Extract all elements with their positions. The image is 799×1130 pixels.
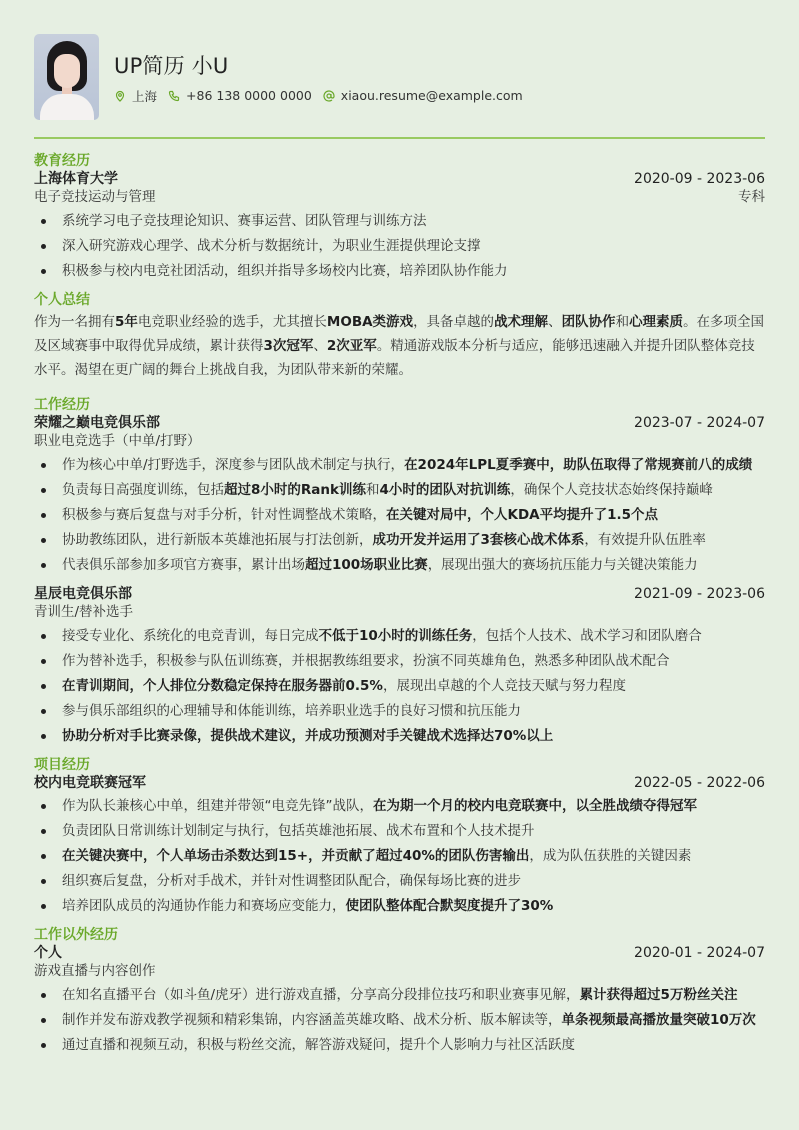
work-entry: 星辰电竞俱乐部 2021-09 - 2023-06 青训生/替补选手 接受专业化… [34, 585, 765, 746]
project-entry: 校内电竞联赛冠军 2022-05 - 2022-06 作为队长兼核心中单，组建并… [34, 774, 765, 916]
contact-location: 上海 [114, 87, 157, 105]
location-text: 上海 [132, 87, 157, 105]
highlight-text: 4小时的团队对抗训练 [380, 482, 511, 498]
contact-phone: +86 138 0000 0000 [168, 88, 312, 103]
bullet-item: 代表俱乐部参加多项官方赛事，累计出场超过100场职业比赛，展现出强大的赛场抗压能… [34, 555, 765, 575]
bullet-item: 参与俱乐部组织的心理辅导和体能训练，培养职业选手的良好习惯和抗压能力 [34, 701, 765, 721]
map-pin-icon [114, 90, 126, 102]
section-title: 教育经历 [34, 152, 765, 170]
candidate-name: UP简历 小U [114, 52, 534, 80]
bullet-item: 制作并发布游戏教学视频和精彩集锦，内容涵盖英雄攻略、战术分析、版本解读等，单条视… [34, 1010, 765, 1030]
highlight-text: 战术理解 [494, 314, 548, 330]
summary-text: 作为一名拥有5年电竞职业经验的选手，尤其擅长MOBA类游戏，具备卓越的战术理解、… [34, 310, 765, 382]
body-text: 代表俱乐部参加多项官方赛事，累计出场 [62, 557, 305, 573]
bullet-item: 通过直播和视频互动，积极与粉丝交流，解答游戏疑问，提升个人影响力与社区活跃度 [34, 1035, 765, 1055]
entry-date: 2020-09 - 2023-06 [634, 170, 765, 188]
bullet-list: 作为核心中单/打野选手，深度参与团队战术制定与执行，在2024年LPL夏季赛中，… [34, 455, 765, 575]
other-entry: 个人 2020-01 - 2024-07 游戏直播与内容创作 在知名直播平台（如… [34, 944, 765, 1055]
highlight-text: 单条视频最高播放量突破10万次 [562, 1012, 756, 1028]
section-projects: 项目经历 校内电竞联赛冠军 2022-05 - 2022-06 作为队长兼核心中… [34, 756, 765, 916]
resume-page: UP简历 小U 上海 +86 138 0000 0000 xiaou.resum… [34, 34, 765, 1065]
entry-date: 2021-09 - 2023-06 [634, 585, 765, 603]
bullet-item: 积极参与校内电竞社团活动，组织并指导多场校内比赛，培养团队协作能力 [34, 261, 765, 281]
company-name: 荣耀之巅电竞俱乐部 [34, 414, 160, 432]
highlight-text: 在关键对局中，个人KDA平均提升了1.5个点 [386, 507, 658, 523]
bullet-item: 作为替补选手，积极参与队伍训练赛，并根据教练组要求，扮演不同英雄角色，熟悉多种团… [34, 651, 765, 671]
avatar-face [54, 54, 80, 88]
highlight-text: 团队协作 [562, 314, 616, 330]
bullet-item: 组织赛后复盘，分析对手战术，并针对性调整团队配合，确保每场比赛的进步 [34, 871, 765, 891]
bullet-list: 在知名直播平台（如斗鱼/虎牙）进行游戏直播，分享高分段排位技巧和职业赛事见解，累… [34, 985, 765, 1055]
bullet-item: 积极参与赛后复盘与对手分析，针对性调整战术策略，在关键对局中，个人KDA平均提升… [34, 505, 765, 525]
header-info: UP简历 小U 上海 +86 138 0000 0000 xiaou.resum… [114, 50, 534, 105]
education-entry: 上海体育大学 2020-09 - 2023-06 电子竞技运动与管理 专科 系统… [34, 170, 765, 281]
body-text: 、 [548, 314, 562, 330]
highlight-text: 3次冠军 [264, 338, 314, 354]
bullet-item: 协助分析对手比赛录像，提供战术建议，并成功预测对手关键战术选择达70%以上 [34, 726, 765, 746]
body-text: 作为一名拥有 [34, 314, 115, 330]
major: 电子竞技运动与管理 [34, 188, 156, 207]
highlight-text: 协助分析对手比赛录像，提供战术建议，并成功预测对手关键战术选择达70%以上 [62, 728, 553, 744]
body-text: 负责每日高强度训练，包括 [62, 482, 224, 498]
company-name: 星辰电竞俱乐部 [34, 585, 132, 603]
body-text: 负责团队日常训练计划制定与执行，包括英雄池拓展、战术布置和个人技术提升 [62, 823, 535, 839]
at-sign-icon [323, 90, 335, 102]
highlight-text: 心理素质 [629, 314, 683, 330]
contact-list: 上海 +86 138 0000 0000 xiaou.resume@exampl… [114, 87, 534, 105]
bullet-list: 接受专业化、系统化的电竞青训，每日完成不低于10小时的训练任务，包括个人技术、战… [34, 626, 765, 746]
bullet-item: 在关键决赛中，个人单场击杀数达到15+，并贡献了超过40%的团队伤害输出，成为队… [34, 846, 765, 866]
section-title: 个人总结 [34, 291, 765, 309]
bullet-item: 培养团队成员的沟通协作能力和赛场应变能力，使团队整体配合默契度提升了30% [34, 896, 765, 916]
body-text: 深入研究游戏心理学、战术分析与数据统计，为职业生涯提供理论支撑 [62, 238, 481, 254]
highlight-text: 在青训期间，个人排位分数稳定保持在服务器前0.5% [62, 678, 383, 694]
bullet-list: 作为队长兼核心中单，组建并带领“电竞先锋”战队，在为期一个月的校内电竞联赛中，以… [34, 796, 765, 916]
body-text: ，包括个人技术、战术学习和团队磨合 [472, 628, 702, 644]
bullet-item: 接受专业化、系统化的电竞青训，每日完成不低于10小时的训练任务，包括个人技术、战… [34, 626, 765, 646]
body-text: 制作并发布游戏教学视频和精彩集锦，内容涵盖英雄攻略、战术分析、版本解读等， [62, 1012, 562, 1028]
body-text: 电竞职业经验的选手，尤其擅长 [138, 314, 327, 330]
body-text: 作为替补选手，积极参与队伍训练赛，并根据教练组要求，扮演不同英雄角色，熟悉多种团… [62, 653, 670, 669]
school-name: 上海体育大学 [34, 170, 118, 188]
bullet-item: 作为核心中单/打野选手，深度参与团队战术制定与执行，在2024年LPL夏季赛中，… [34, 455, 765, 475]
section-education: 教育经历 上海体育大学 2020-09 - 2023-06 电子竞技运动与管理 … [34, 152, 765, 281]
bullet-item: 系统学习电子竞技理论知识、赛事运营、团队管理与训练方法 [34, 211, 765, 231]
body-text: 接受专业化、系统化的电竞青训，每日完成 [62, 628, 319, 644]
phone-icon [168, 90, 180, 102]
body-text: 培养团队成员的沟通协作能力和赛场应变能力， [62, 898, 346, 914]
bullet-item: 负责每日高强度训练，包括超过8小时的Rank训练和4小时的团队对抗训练，确保个人… [34, 480, 765, 500]
body-text: 在知名直播平台（如斗鱼/虎牙）进行游戏直播，分享高分段排位技巧和职业赛事见解， [62, 987, 580, 1003]
email-text[interactable]: xiaou.resume@example.com [341, 88, 523, 103]
highlight-text: 超过100场职业比赛 [305, 557, 428, 573]
section-other-experience: 工作以外经历 个人 2020-01 - 2024-07 游戏直播与内容创作 在知… [34, 926, 765, 1055]
body-text: ，成为队伍获胜的关键因素 [529, 848, 691, 864]
body-text: ，有效提升队伍胜率 [584, 532, 706, 548]
highlight-text: 使团队整体配合默契度提升了30% [346, 898, 554, 914]
bullet-item: 深入研究游戏心理学、战术分析与数据统计，为职业生涯提供理论支撑 [34, 236, 765, 256]
avatar [34, 34, 99, 120]
body-text: 、 [313, 338, 327, 354]
body-text: ，展现出卓越的个人竞技天赋与努力程度 [383, 678, 626, 694]
body-text: 和 [616, 314, 630, 330]
phone-text: +86 138 0000 0000 [186, 88, 312, 103]
highlight-text: 在为期一个月的校内电竞联赛中，以全胜战绩夺得冠军 [373, 798, 697, 814]
body-text: 协助教练团队，进行新版本英雄池拓展与打法创新， [62, 532, 373, 548]
highlight-text: 不低于10小时的训练任务 [319, 628, 473, 644]
degree: 专科 [738, 188, 765, 207]
bullet-item: 在知名直播平台（如斗鱼/虎牙）进行游戏直播，分享高分段排位技巧和职业赛事见解，累… [34, 985, 765, 1005]
body-text: 作为队长兼核心中单，组建并带领“电竞先锋”战队， [62, 798, 373, 814]
resume-header: UP简历 小U 上海 +86 138 0000 0000 xiaou.resum… [34, 34, 765, 120]
body-text: 系统学习电子竞技理论知识、赛事运营、团队管理与训练方法 [62, 213, 427, 229]
avatar-shirt [40, 94, 94, 120]
highlight-text: 累计获得超过5万粉丝关注 [580, 987, 738, 1003]
body-text: 积极参与校内电竞社团活动，组织并指导多场校内比赛，培养团队协作能力 [62, 263, 508, 279]
body-text: ，具备卓越的 [413, 314, 494, 330]
body-text: 作为核心中单/打野选手，深度参与团队战术制定与执行， [62, 457, 404, 473]
body-text: 组织赛后复盘，分析对手战术，并针对性调整团队配合，确保每场比赛的进步 [62, 873, 521, 889]
job-role: 青训生/替补选手 [34, 603, 133, 622]
body-text: ，确保个人竞技状态始终保持巅峰 [510, 482, 713, 498]
body-text: 和 [366, 482, 380, 498]
activity-role: 游戏直播与内容创作 [34, 962, 156, 981]
bullet-item: 负责团队日常训练计划制定与执行，包括英雄池拓展、战术布置和个人技术提升 [34, 821, 765, 841]
entry-date: 2020-01 - 2024-07 [634, 944, 765, 962]
highlight-text: 2次亚军 [327, 338, 377, 354]
section-title: 项目经历 [34, 756, 765, 774]
body-text: 通过直播和视频互动，积极与粉丝交流，解答游戏疑问，提升个人影响力与社区活跃度 [62, 1037, 575, 1053]
bullet-item: 协助教练团队，进行新版本英雄池拓展与打法创新，成功开发并运用了3套核心战术体系，… [34, 530, 765, 550]
highlight-text: 在关键决赛中，个人单场击杀数达到15+，并贡献了超过40%的团队伤害输出 [62, 848, 529, 864]
section-title: 工作以外经历 [34, 926, 765, 944]
highlight-text: 在2024年LPL夏季赛中，助队伍取得了常规赛前八的成绩 [404, 457, 752, 473]
section-work: 工作经历 荣耀之巅电竞俱乐部 2023-07 - 2024-07 职业电竞选手（… [34, 396, 765, 746]
entry-date: 2022-05 - 2022-06 [634, 774, 765, 792]
org-name: 个人 [34, 944, 62, 962]
entry-date: 2023-07 - 2024-07 [634, 414, 765, 432]
contact-email: xiaou.resume@example.com [323, 88, 523, 103]
work-entry: 荣耀之巅电竞俱乐部 2023-07 - 2024-07 职业电竞选手（中单/打野… [34, 414, 765, 575]
body-text: ，展现出强大的赛场抗压能力与关键决策能力 [428, 557, 698, 573]
bullet-item: 作为队长兼核心中单，组建并带领“电竞先锋”战队，在为期一个月的校内电竞联赛中，以… [34, 796, 765, 816]
highlight-text: MOBA类游戏 [327, 314, 413, 330]
project-name: 校内电竞联赛冠军 [34, 774, 146, 792]
section-title: 工作经历 [34, 396, 765, 414]
body-text: 参与俱乐部组织的心理辅导和体能训练，培养职业选手的良好习惯和抗压能力 [62, 703, 521, 719]
job-role: 职业电竞选手（中单/打野） [34, 432, 201, 451]
header-divider [34, 137, 765, 139]
highlight-text: 5年 [115, 314, 138, 330]
bullet-item: 在青训期间，个人排位分数稳定保持在服务器前0.5%，展现出卓越的个人竞技天赋与努… [34, 676, 765, 696]
highlight-text: 成功开发并运用了3套核心战术体系 [373, 532, 585, 548]
section-summary: 个人总结 作为一名拥有5年电竞职业经验的选手，尤其擅长MOBA类游戏，具备卓越的… [34, 291, 765, 382]
highlight-text: 超过8小时的Rank训练 [224, 482, 366, 498]
bullet-list: 系统学习电子竞技理论知识、赛事运营、团队管理与训练方法深入研究游戏心理学、战术分… [34, 211, 765, 281]
body-text: 积极参与赛后复盘与对手分析，针对性调整战术策略， [62, 507, 386, 523]
